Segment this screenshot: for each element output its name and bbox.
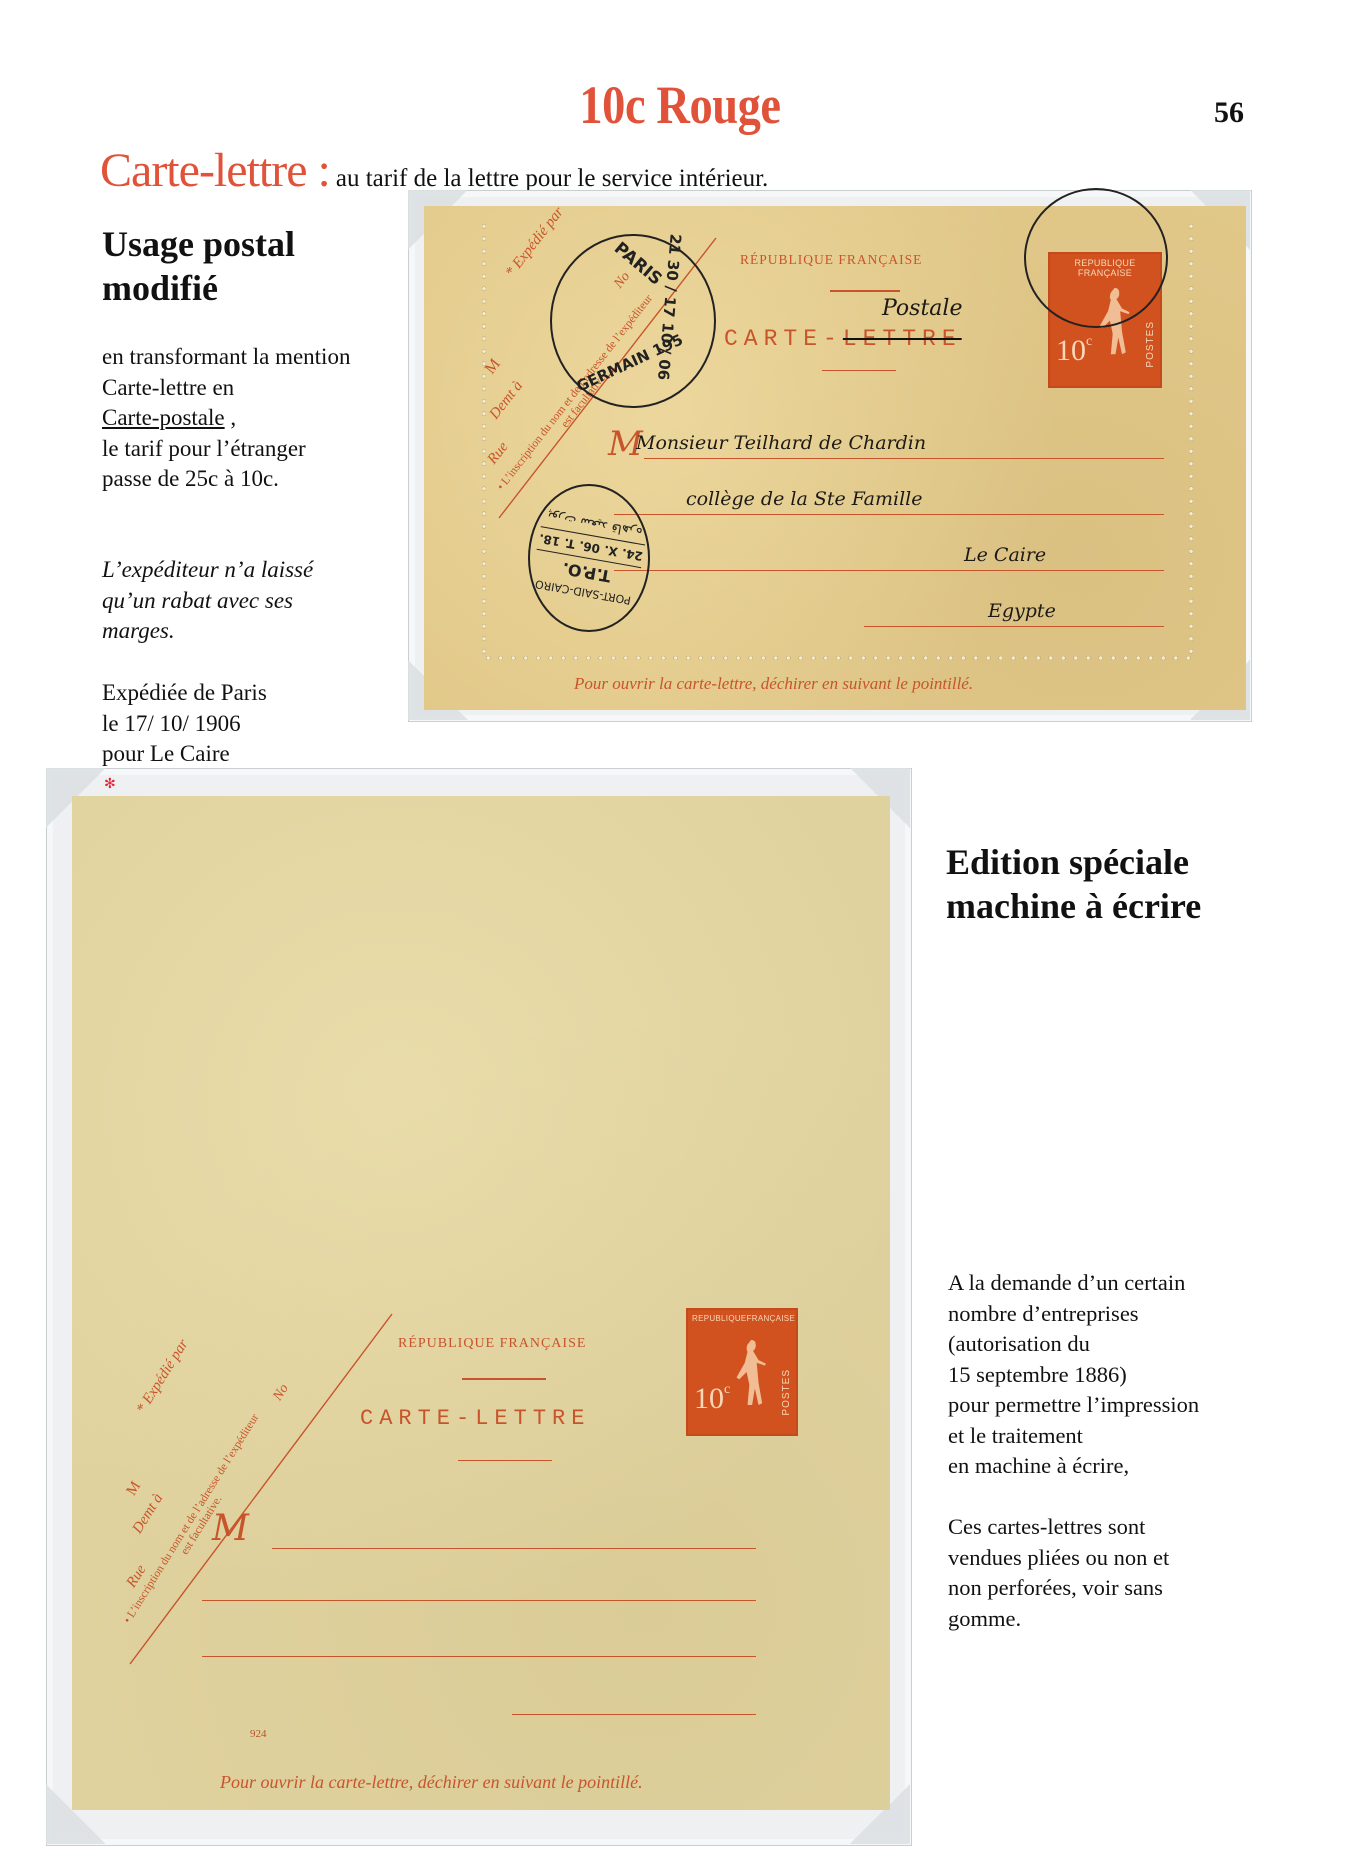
heading-line: modifié <box>102 266 295 310</box>
heading-line: Usage postal <box>102 222 295 266</box>
cancel-text-top: PARIS <box>610 238 666 289</box>
stamp-value: 10c <box>1056 334 1092 368</box>
section1-para3: Expédiée de Paris le 17/ 10/ 1906 pour L… <box>102 678 267 770</box>
comma: , <box>225 405 237 430</box>
address-line <box>512 1714 756 1715</box>
stamp-value-number: 10 <box>694 1382 724 1415</box>
stamp-postes: POSTES <box>1145 321 1156 368</box>
lettre-struck-text: LETTRE <box>843 326 962 352</box>
carte-lettre-title: CARTE-LETTRE <box>360 1406 590 1431</box>
heading-line: machine à écrire <box>946 884 1201 928</box>
address-line <box>202 1600 756 1601</box>
stamp-postes: POSTES <box>781 1369 792 1416</box>
red-mark: ✻ <box>104 776 116 792</box>
carte-lettre-title: CARTE-LETTRE <box>724 326 962 352</box>
tpo-code: T.P.O. <box>561 559 612 586</box>
republique-francaise: RÉPUBLIQUE FRANÇAISE <box>740 252 922 268</box>
address-line-4: Egypte <box>988 600 1056 622</box>
page-number: 56 <box>1214 96 1244 130</box>
diagonal-divider <box>72 796 890 1810</box>
section1-heading: Usage postal modifié <box>102 222 295 310</box>
section2-para1: A la demande d’un certain nombre d’entre… <box>948 1268 1199 1482</box>
carte-lettre-card-typewriter: * Expédié par M Demt à Rue No • L’inscri… <box>72 796 890 1810</box>
text-line: passe de 25c à 10c. <box>102 464 350 495</box>
print-number: 924 <box>250 1728 267 1740</box>
text-line: Carte-lettre en <box>102 373 350 404</box>
section1-para2: L’expéditeur n’a laissé qu’un rabat avec… <box>102 555 313 647</box>
stamp-country-right: FRANÇAISE <box>747 1314 796 1323</box>
header-rule <box>462 1378 546 1380</box>
section2-heading: Edition spéciale machine à écrire <box>946 840 1201 928</box>
address-line-3: Le Caire <box>964 544 1046 566</box>
republique-francaise: RÉPUBLIQUE FRANÇAISE <box>398 1336 586 1352</box>
carte-text: CARTE- <box>724 326 843 352</box>
heading-line: Edition spéciale <box>946 840 1201 884</box>
ornament-rule <box>822 370 896 371</box>
tpo-cancel-mark: PORT-SAID-CAIRO T.P.O. 24. X. 06. T. 18.… <box>528 484 650 632</box>
address-line <box>202 1656 756 1657</box>
paris-cancel-mark: PARIS 21 30 / 17 10 / 06 GERMAIN 195 <box>550 234 716 408</box>
stamp-country-left: REPUBLIQUE <box>692 1314 747 1323</box>
stamp-country: REPUBLIQUE FRANÇAISE <box>688 1314 796 1323</box>
text-line: Carte-postale , <box>102 403 350 434</box>
sower-stamp: REPUBLIQUE FRANÇAISE 10c POSTES <box>686 1308 798 1436</box>
text-line: le tarif pour l’étranger <box>102 434 350 465</box>
ornament-rule <box>458 1460 552 1461</box>
card2-footer-note: Pour ouvrir la carte-lettre, déchirer en… <box>220 1772 643 1793</box>
address-line <box>272 1548 756 1549</box>
address-line <box>644 458 1164 459</box>
card1-footer-note: Pour ouvrir la carte-lettre, déchirer en… <box>574 674 973 694</box>
subtitle-rest: au tarif de la lettre pour le service in… <box>336 165 768 192</box>
tpo-route: PORT-SAID-CAIRO <box>534 578 632 608</box>
section1-para1: en transformant la mention Carte-lettre … <box>102 342 350 495</box>
stamp-value-unit: c <box>1086 334 1092 349</box>
subtitle-main: Carte-lettre : <box>100 144 330 197</box>
address-line-2: collège de la Ste Famille <box>686 488 922 510</box>
address-line <box>864 626 1164 627</box>
stamp-value-unit: c <box>724 1382 730 1397</box>
handwritten-postale: Postale <box>882 296 962 321</box>
section2-para2: Ces cartes-lettres sont vendues pliées o… <box>948 1512 1169 1634</box>
stamp-value-number: 10 <box>1056 334 1086 367</box>
address-line <box>614 514 1164 515</box>
carte-postale-underlined: Carte-postale <box>102 405 225 430</box>
address-m-prefix: M <box>212 1508 249 1549</box>
paris-cancel-stamp-mark <box>1024 188 1168 328</box>
text-line: en transformant la mention <box>102 342 350 373</box>
address-line-1: Monsieur Teilhard de Chardin <box>636 432 926 454</box>
carte-lettre-card-used: * Expédié par M Demt à Rue No • L’inscri… <box>424 206 1246 710</box>
stamp-value: 10c <box>694 1382 730 1416</box>
address-line <box>614 570 1164 571</box>
sower-figure-icon <box>731 1332 768 1414</box>
header-rule <box>830 290 900 292</box>
page-title: 10c Rouge <box>95 74 1265 136</box>
